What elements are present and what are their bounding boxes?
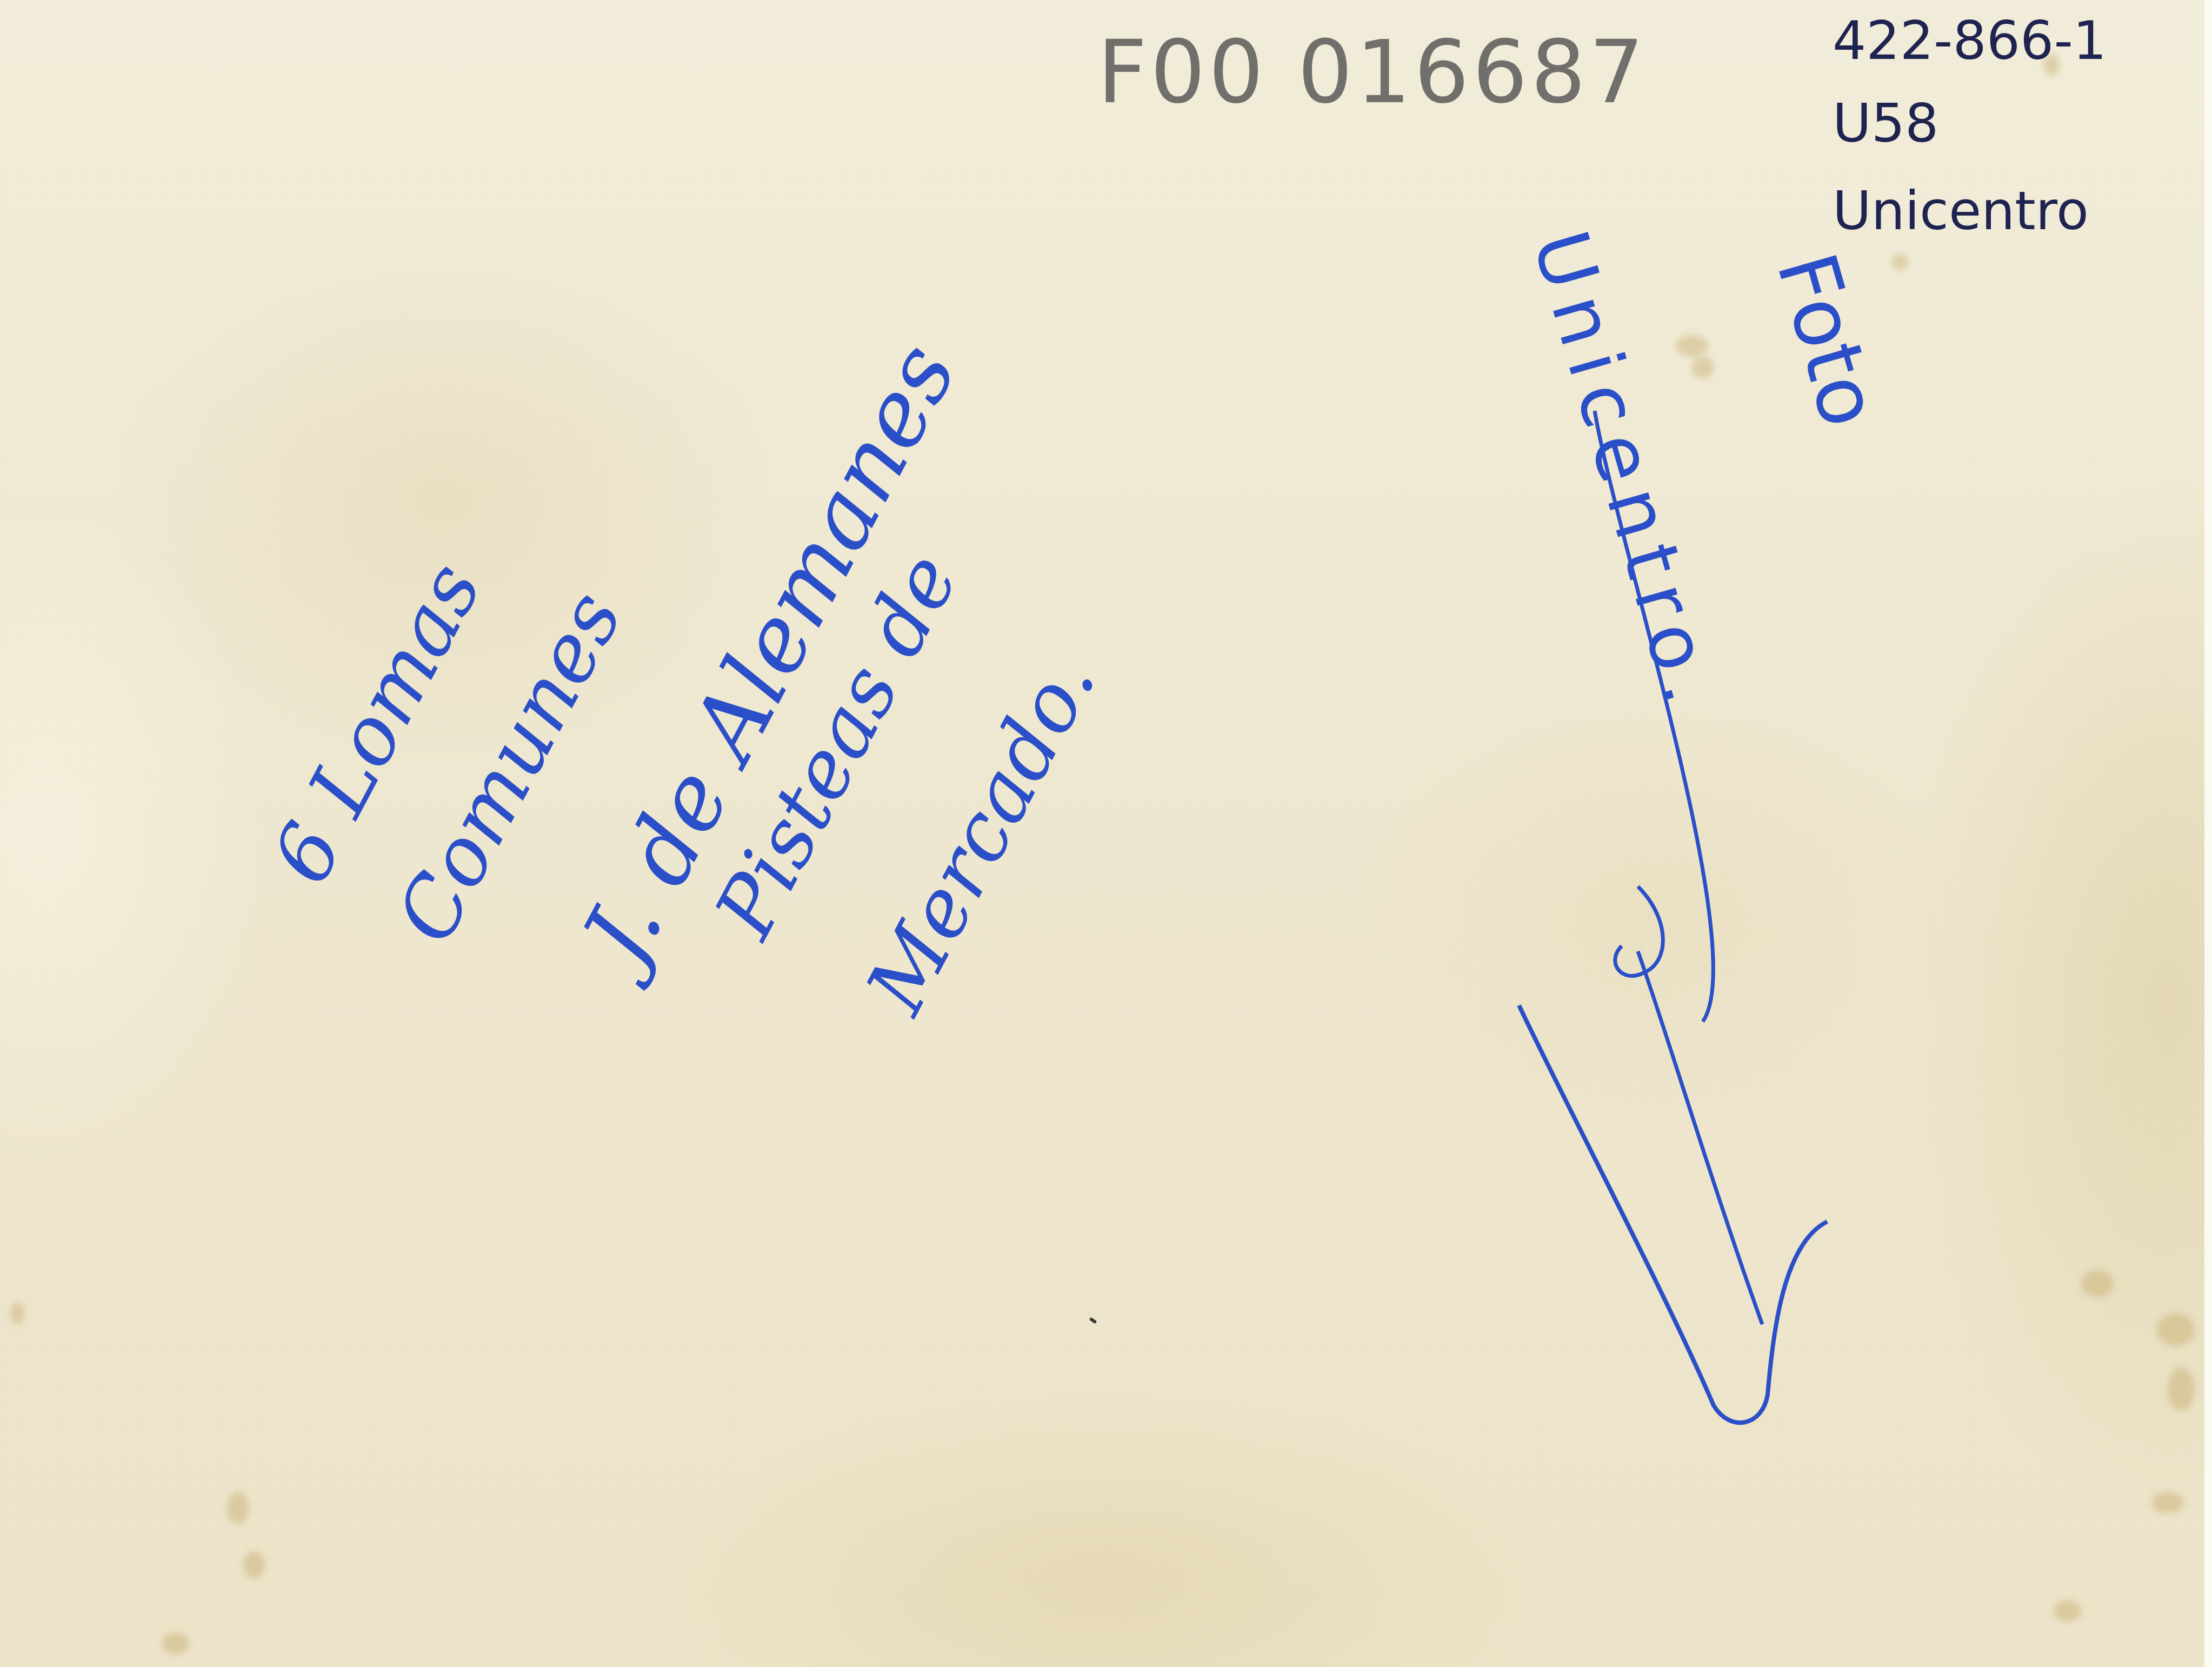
photo-back-paper: F00 016687 422-866-1 U58 Unicentro 6 Lom… (0, 0, 2212, 1667)
signature-flourish (0, 0, 2212, 1667)
